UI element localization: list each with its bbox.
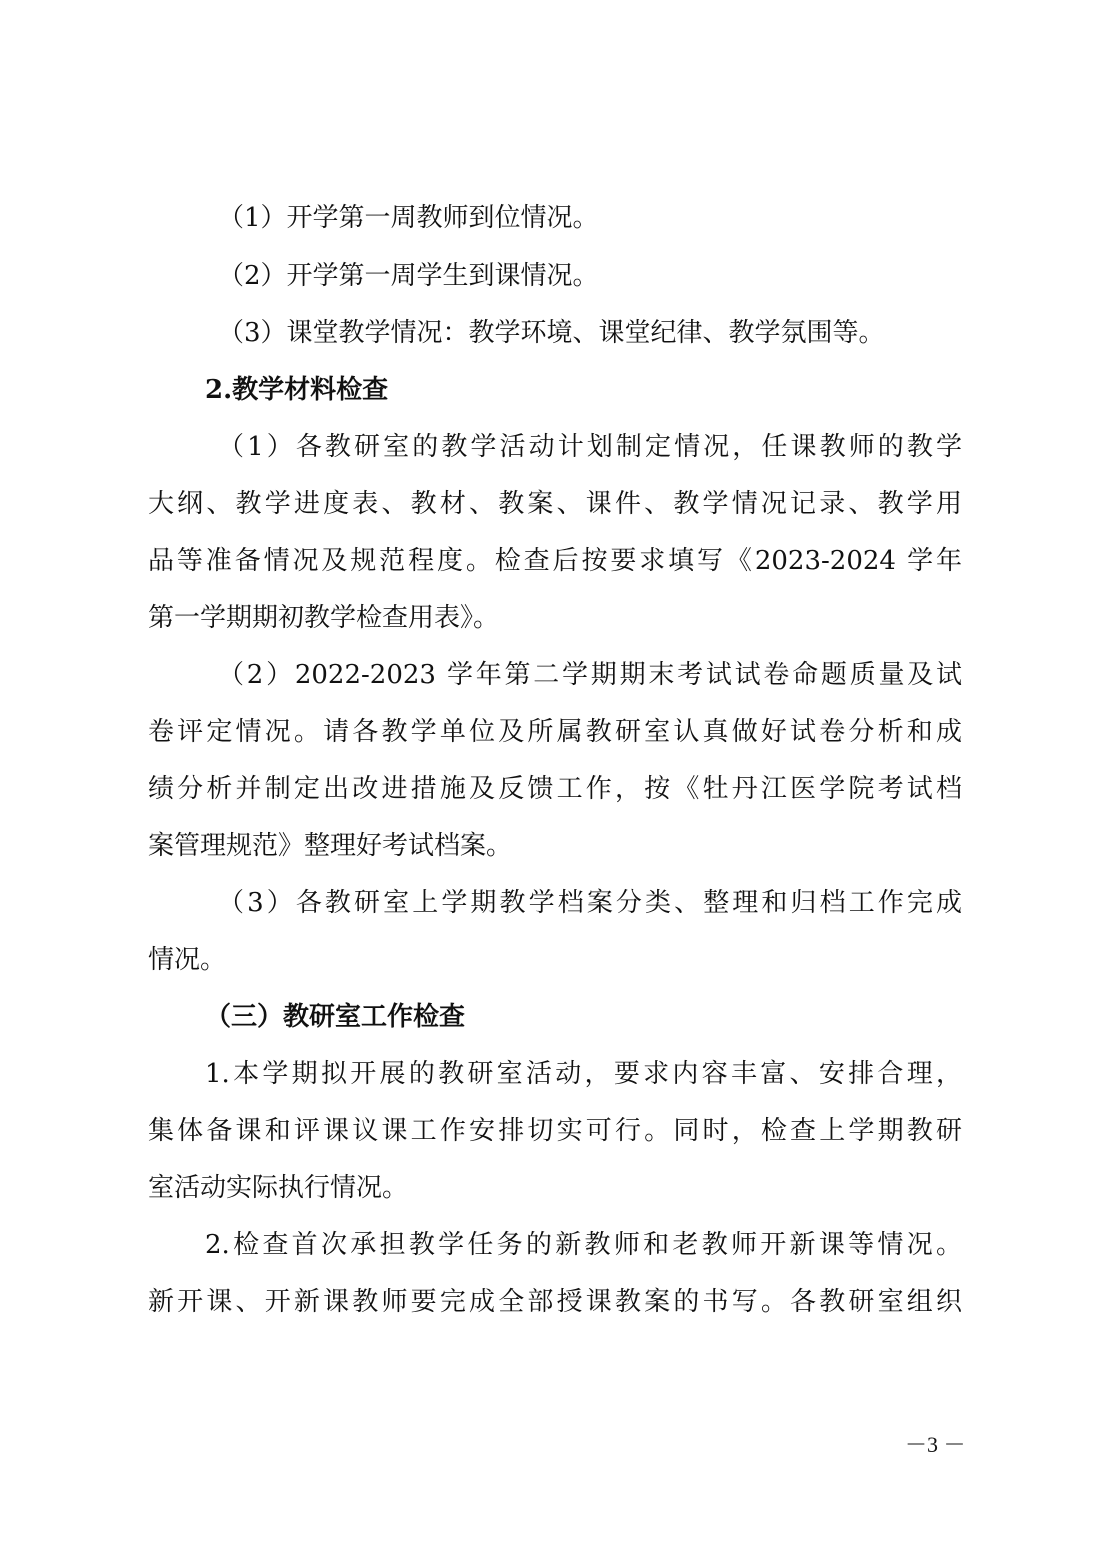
item-classroom-teaching: （3）课堂教学情况：教学环境、课堂纪律、教学氛围等。: [218, 313, 962, 353]
paragraph-line: （2）2022-2023 学年第二学期期末考试试卷命题质量及试: [218, 655, 962, 695]
paragraph-line: （1）各教研室的教学活动计划制定情况，任课教师的教学: [218, 427, 962, 467]
item-teacher-attendance: （1）开学第一周教师到位情况。: [218, 198, 962, 238]
paragraph-line: 情况。: [148, 940, 962, 980]
page-number: －3 －: [905, 1430, 966, 1460]
section-heading-teaching-office-check: （三）教研室工作检查: [205, 997, 962, 1037]
document-page: （1）开学第一周教师到位情况。 （2）开学第一周学生到课情况。 （3）课堂教学情…: [0, 0, 1102, 1559]
section-heading-teaching-materials: 2.教学材料检查: [205, 370, 962, 410]
paragraph-line: 第一学期期初教学检查用表》。: [148, 598, 962, 638]
paragraph-line: 卷评定情况。请各教学单位及所属教研室认真做好试卷分析和成: [148, 712, 962, 752]
paragraph-line: 绩分析并制定出改进措施及反馈工作，按《牡丹江医学院考试档: [148, 769, 962, 809]
paragraph-line: 2.检查首次承担教学任务的新教师和老教师开新课等情况。: [205, 1225, 962, 1265]
paragraph-line: 案管理规范》整理好考试档案。: [148, 826, 962, 866]
paragraph-line: 集体备课和评课议课工作安排切实可行。同时，检查上学期教研: [148, 1111, 962, 1151]
item-student-attendance: （2）开学第一周学生到课情况。: [218, 256, 962, 296]
paragraph-line: 1.本学期拟开展的教研室活动，要求内容丰富、安排合理，: [205, 1054, 962, 1094]
paragraph-line: 大纲、教学进度表、教材、教案、课件、教学情况记录、教学用: [148, 484, 962, 524]
paragraph-line: 品等准备情况及规范程度。检查后按要求填写《2023-2024 学年: [148, 541, 962, 581]
paragraph-line: 新开课、开新课教师要完成全部授课教案的书写。各教研室组织: [148, 1282, 962, 1322]
paragraph-line: 室活动实际执行情况。: [148, 1168, 962, 1208]
paragraph-line: （3）各教研室上学期教学档案分类、整理和归档工作完成: [218, 883, 962, 923]
